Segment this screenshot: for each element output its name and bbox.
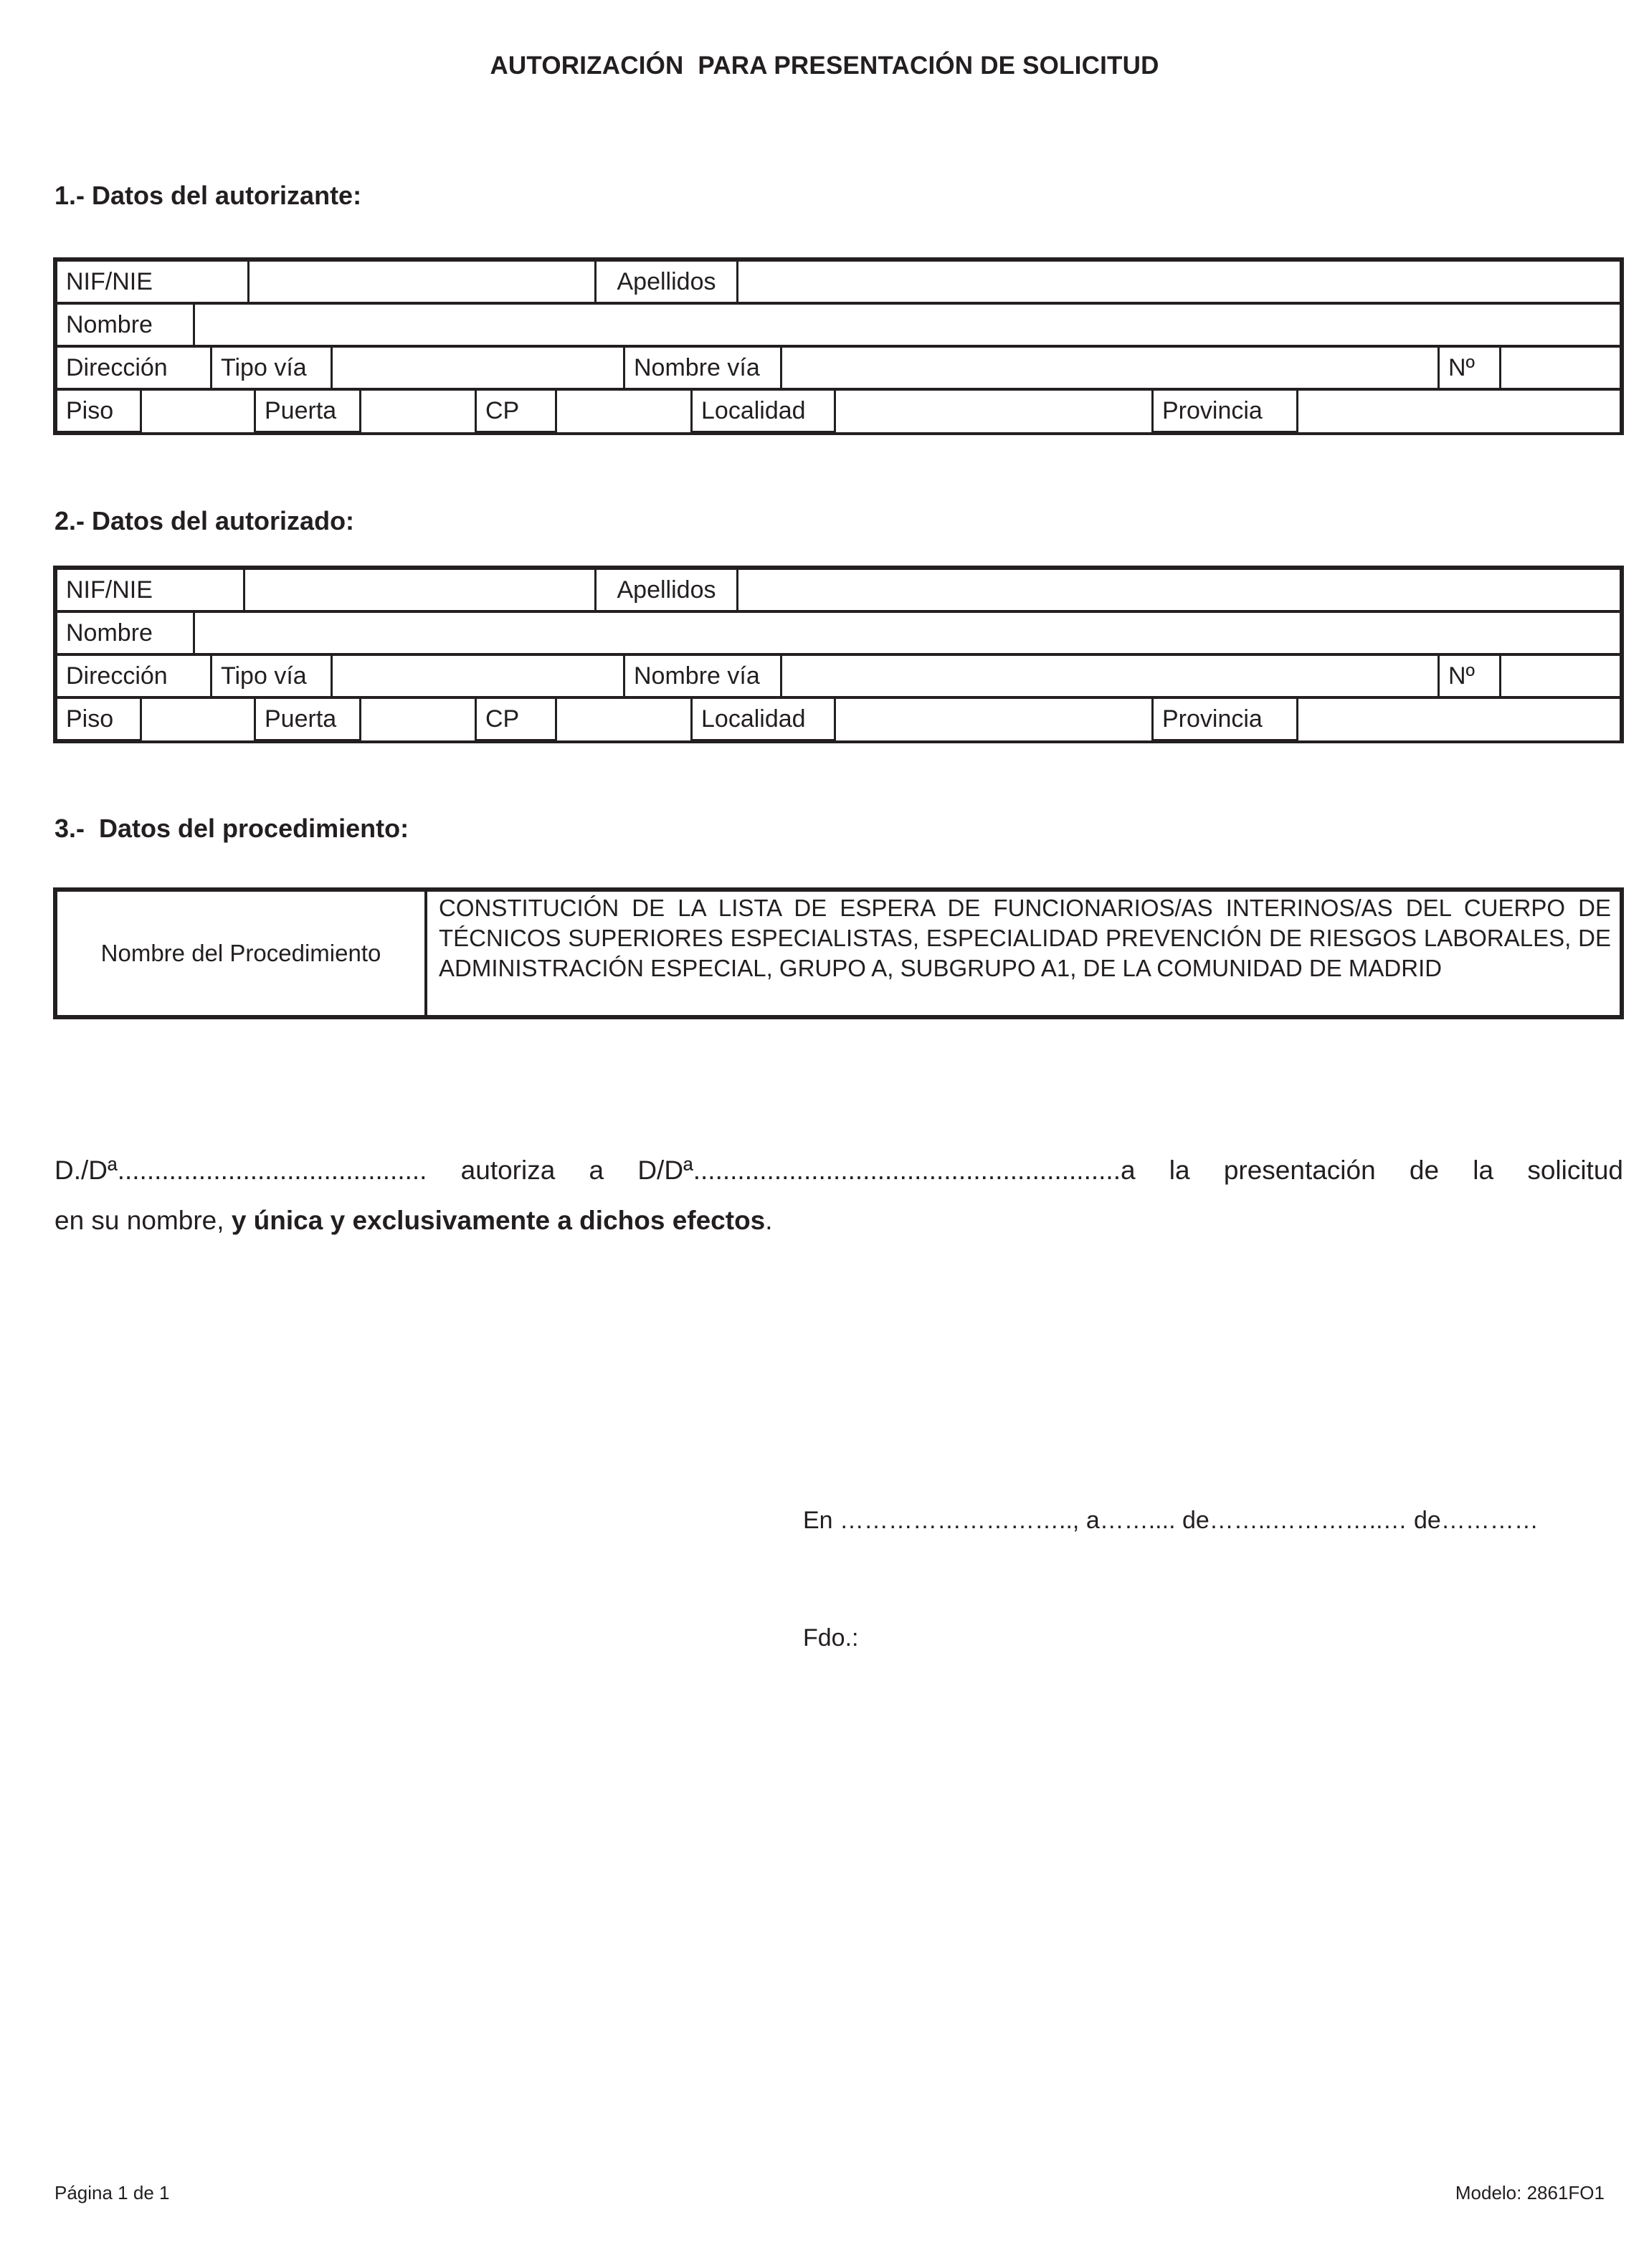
text-a: a (589, 1145, 604, 1196)
authorization-line-2: en su nombre, y única y exclusivamente a… (54, 1196, 1623, 1246)
signature-label: Fdo.: (803, 1624, 858, 1652)
authorizer-tipo-via-field[interactable] (333, 348, 625, 388)
numero-label: Nº (1440, 348, 1501, 388)
authorization-statement: D./Dª...................................… (54, 1145, 1623, 1246)
authorized-data-table: NIF/NIE Apellidos Nombre Dirección Tipo … (53, 566, 1624, 743)
procedure-name-value: CONSTITUCIÓN DE LA LISTA DE ESPERA DE FU… (427, 892, 1620, 1015)
text-de: de (1410, 1145, 1439, 1196)
text-en-su-nombre: en su nombre, (54, 1206, 232, 1235)
authorized-nombre-via-field[interactable] (782, 656, 1440, 696)
piso-label: Piso (57, 391, 142, 432)
tipo-via-label: Tipo vía (212, 348, 333, 388)
authorized-name-blank[interactable]: D/Dª....................................… (637, 1145, 1135, 1196)
section-1-heading: 1.- Datos del autorizante: (54, 181, 361, 211)
row-piso-provincia: Piso Puerta CP Localidad Provincia (57, 391, 1620, 432)
row-nif-apellidos: NIF/NIE Apellidos (57, 262, 1620, 305)
direccion-label: Dirección (57, 656, 212, 696)
row-piso-provincia: Piso Puerta CP Localidad Provincia (57, 699, 1620, 740)
authorizer-localidad-field[interactable] (836, 391, 1154, 432)
authorized-cp-field[interactable] (557, 699, 693, 740)
authorized-apellidos-field[interactable] (738, 570, 1620, 610)
section-3-heading: 3.- Datos del procedimiento: (54, 814, 409, 844)
provincia-label: Provincia (1154, 699, 1298, 740)
tipo-via-label: Tipo vía (212, 656, 333, 696)
cp-label: CP (477, 391, 557, 432)
text-exclusivamente-bold: y única y exclusivamente a dichos efecto… (232, 1206, 765, 1235)
authorization-line-1: D./Dª...................................… (54, 1145, 1623, 1196)
provincia-label: Provincia (1154, 391, 1298, 432)
nombre-label: Nombre (57, 305, 195, 345)
section-2-heading: 2.- Datos del autorizado: (54, 506, 354, 536)
authorizer-numero-field[interactable] (1501, 348, 1620, 388)
authorizer-provincia-field[interactable] (1298, 391, 1620, 432)
text-autoriza: autoriza (461, 1145, 556, 1196)
nif-label: NIF/NIE (57, 570, 245, 610)
authorized-numero-field[interactable] (1501, 656, 1620, 696)
direccion-label: Dirección (57, 348, 212, 388)
nombre-via-label: Nombre vía (625, 656, 782, 696)
model-code: Modelo: 2861FO1 (1455, 2182, 1605, 2204)
row-nombre: Nombre (57, 613, 1620, 656)
procedure-table: Nombre del Procedimiento CONSTITUCIÓN DE… (53, 887, 1624, 1019)
nombre-via-label: Nombre vía (625, 348, 782, 388)
apellidos-label: Apellidos (597, 262, 738, 302)
row-direccion: Dirección Tipo vía Nombre vía Nº (57, 656, 1620, 699)
localidad-label: Localidad (693, 699, 836, 740)
piso-label: Piso (57, 699, 142, 740)
puerta-label: Puerta (256, 699, 361, 740)
cp-label: CP (477, 699, 557, 740)
text-presentacion: presentación (1224, 1145, 1376, 1196)
authorized-piso-field[interactable] (142, 699, 256, 740)
authorizer-cp-field[interactable] (557, 391, 693, 432)
authorizer-name-blank[interactable]: D./Dª...................................… (54, 1145, 427, 1196)
procedure-name-label: Nombre del Procedimiento (57, 892, 427, 1015)
authorized-tipo-via-field[interactable] (333, 656, 625, 696)
page-number: Página 1 de 1 (54, 2182, 169, 2204)
authorizer-nif-field[interactable] (250, 262, 597, 302)
apellidos-label: Apellidos (597, 570, 738, 610)
authorizer-apellidos-field[interactable] (738, 262, 1620, 302)
localidad-label: Localidad (693, 391, 836, 432)
nombre-label: Nombre (57, 613, 195, 653)
place-date-line[interactable]: En ……………………….., a…….... de……..…………..… de… (803, 1507, 1539, 1535)
authorizer-nombre-via-field[interactable] (782, 348, 1440, 388)
authorizer-data-table: NIF/NIE Apellidos Nombre Dirección Tipo … (53, 257, 1624, 435)
authorized-provincia-field[interactable] (1298, 699, 1620, 740)
row-nif-apellidos: NIF/NIE Apellidos (57, 570, 1620, 613)
authorizer-nombre-field[interactable] (195, 305, 1620, 345)
document-title: AUTORIZACIÓN PARA PRESENTACIÓN DE SOLICI… (0, 52, 1649, 80)
nif-label: NIF/NIE (57, 262, 250, 302)
row-nombre: Nombre (57, 305, 1620, 348)
authorized-nif-field[interactable] (245, 570, 597, 610)
authorizer-piso-field[interactable] (142, 391, 256, 432)
text-period: . (765, 1206, 772, 1235)
text-la-2: la (1473, 1145, 1493, 1196)
puerta-label: Puerta (256, 391, 361, 432)
authorizer-puerta-field[interactable] (361, 391, 477, 432)
row-direccion: Dirección Tipo vía Nombre vía Nº (57, 348, 1620, 391)
authorized-localidad-field[interactable] (836, 699, 1154, 740)
authorized-puerta-field[interactable] (361, 699, 477, 740)
text-la: la (1169, 1145, 1190, 1196)
text-solicitud: solicitud (1527, 1145, 1623, 1196)
numero-label: Nº (1440, 656, 1501, 696)
authorized-nombre-field[interactable] (195, 613, 1620, 653)
